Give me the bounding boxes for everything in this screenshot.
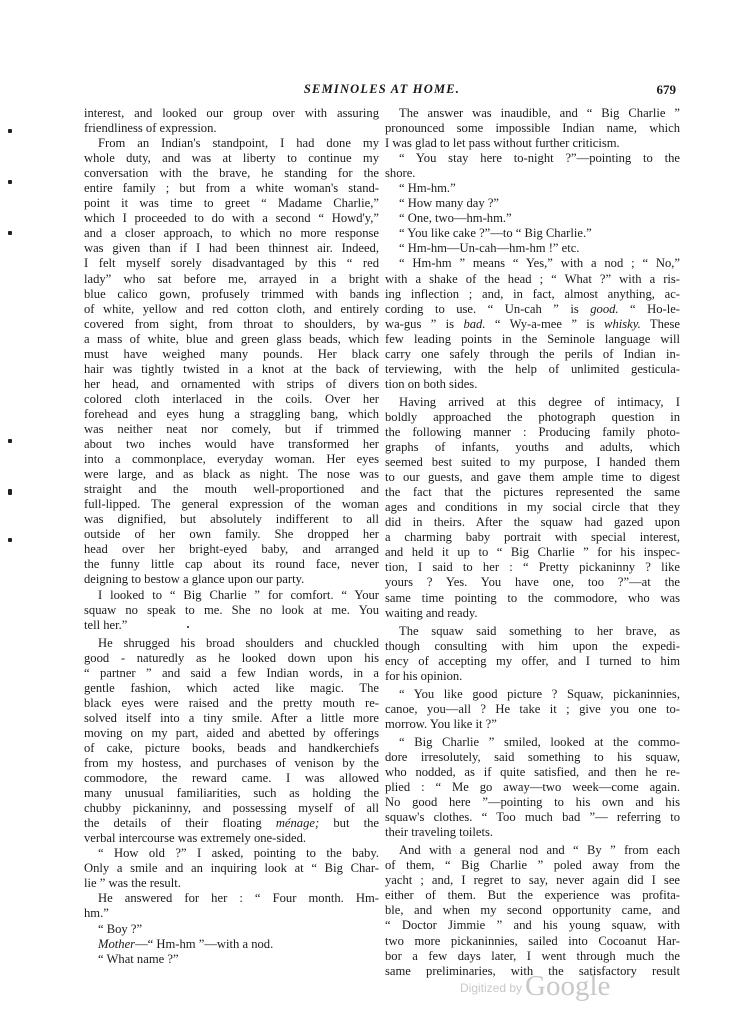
text-line: “ Boy ?” <box>84 922 379 937</box>
text-line: was given than if I had been thinnest ai… <box>84 241 379 256</box>
text-line: verbal intercourse was extremely one-sid… <box>84 831 379 846</box>
text-line: though consulting with him upon the expe… <box>385 639 680 654</box>
text-line: of cake, picture books, beads and handke… <box>84 741 379 756</box>
text-line: plied : “ Me go away—two week—come again… <box>385 780 680 795</box>
text-line: black eyes were raised and the pretty mo… <box>84 696 379 711</box>
text-line: who nodded, as if quite satisfied, and t… <box>385 765 680 780</box>
text-line: The squaw said something to her brave, a… <box>385 624 680 639</box>
text-line: lady” who sat before me, arrayed in a br… <box>84 272 379 287</box>
text-line: “ Hm-hm ” means “ Yes,” with a nod ; “ N… <box>385 256 680 271</box>
text-line: gentle fashion, which acted like magic. … <box>84 681 379 696</box>
text-line: to our guests, and gave them ample time … <box>385 470 680 485</box>
text-line: tion on both sides. <box>385 377 680 392</box>
text-line: ble, and when my second opportunity came… <box>385 903 680 918</box>
text-line: cording to use. “ Un-cah ” is good. “ Ho… <box>385 302 680 317</box>
text-line: “ How many day ?” <box>385 196 680 211</box>
text-line: chubby pickaninny, and possessing myself… <box>84 801 379 816</box>
text-line: Only a smile and an inquiring look at “ … <box>84 861 379 876</box>
text-line: two more pickaninnies, sailed into Cocoa… <box>385 934 680 949</box>
text-line: Mother—“ Hm-hm ”—with a nod. <box>84 937 379 952</box>
text-line: solved itself into a tiny smile. After a… <box>84 711 379 726</box>
text-line: pronounced some impossible Indian name, … <box>385 121 680 136</box>
text-line: tion, I said to her : “ Pretty pickaninn… <box>385 560 680 575</box>
text-line: whole duty, and was at liberty to contin… <box>84 151 379 166</box>
text-line: and held it up to “ Big Charlie ” for hi… <box>385 545 680 560</box>
text-line: I was glad to let pass without further c… <box>385 136 680 151</box>
text-line: of white, yellow and red cotton cloth, a… <box>84 302 379 317</box>
text-line: straight and the mouth well-proportioned… <box>84 482 379 497</box>
text-line: a charming baby portrait with special in… <box>385 530 680 545</box>
text-line: “ Hm-hm—Un-cah—hm-hm !” etc. <box>385 241 680 256</box>
margin-speck <box>8 439 12 443</box>
text-line: ency of accepting my offer, and I turned… <box>385 654 680 669</box>
text-line: their traveling toilets. <box>385 825 680 840</box>
watermark-prefix: Digitized by <box>460 981 522 995</box>
running-title: SEMINOLES AT HOME. <box>84 82 680 97</box>
text-line: “ What name ?” <box>84 952 379 967</box>
text-line: and a closer approach, to which no more … <box>84 226 379 241</box>
text-line: “ You like good picture ? Squaw, pickani… <box>385 687 680 702</box>
text-line: graphs of infants, youths and adults, wh… <box>385 440 680 455</box>
text-line: And with a general nod and “ By ” from e… <box>385 843 680 858</box>
text-line: “ Big Charlie ” smiled, looked at the co… <box>385 735 680 750</box>
margin-speck <box>8 180 12 184</box>
scanned-page: SEMINOLES AT HOME. 679 interest, and loo… <box>0 0 753 1024</box>
text-line: the following manner : Producing family … <box>385 425 680 440</box>
text-line: friendliness of expression. <box>84 121 379 136</box>
text-line: yacht ; and, I regret to say, never agai… <box>385 873 680 888</box>
text-line: did in theirs. After the squaw had gazed… <box>385 515 680 530</box>
text-line: canoe, you—all ? He take it ; give you o… <box>385 702 680 717</box>
text-line: the funny little cap about its round fac… <box>84 557 379 572</box>
text-line: He shrugged his broad shoulders and chuc… <box>84 636 379 651</box>
text-line: “ One, two—hm-hm.” <box>385 211 680 226</box>
text-line: wa-gus ” is bad. “ Wy-a-mee ” is whisky.… <box>385 317 680 332</box>
digitized-by-google-watermark: Digitized byGoogle <box>460 970 610 1003</box>
text-line: about two inches would have transformed … <box>84 437 379 452</box>
text-line: must have weighed many pounds. Her black <box>84 347 379 362</box>
text-line: many unusual familiarities, such as hold… <box>84 786 379 801</box>
text-line: good - naturedly as he looked down upon … <box>84 651 379 666</box>
text-line: her head, and ornamented with strips of … <box>84 377 379 392</box>
text-line: moving on my part, aided and abetted by … <box>84 726 379 741</box>
text-line: of them, “ Big Charlie ” poled away from… <box>385 858 680 873</box>
margin-speck <box>8 489 12 495</box>
text-line: colored cloth interlaced in the coils. O… <box>84 392 379 407</box>
google-logo-text: Google <box>525 970 610 1002</box>
text-line: entire family ; but from a white woman's… <box>84 181 379 196</box>
text-line: He answered for her : “ Four month. Hm- <box>84 891 379 906</box>
text-line: which I proceeded to do with a second “ … <box>84 211 379 226</box>
text-line: the details of their floating ménage; bu… <box>84 816 379 831</box>
text-line: outside of her own family. She dropped h… <box>84 527 379 542</box>
text-line: yours ? Yes. You have one, too ?”—at the <box>385 575 680 590</box>
text-line: “ partner ” and said a few Indian words,… <box>84 666 379 681</box>
text-line: conversation with the brave, he standing… <box>84 166 379 181</box>
text-line: tell her.” <box>84 618 379 633</box>
text-line: The answer was inaudible, and “ Big Char… <box>385 106 680 121</box>
text-line: terviewing, with the help of unlimited g… <box>385 362 680 377</box>
text-line: “ You stay here to-night ?”—pointing to … <box>385 151 680 166</box>
text-line: full-lipped. The general expression of t… <box>84 497 379 512</box>
text-line: I looked to “ Big Charlie ” for comfort.… <box>84 588 379 603</box>
text-line: “ Doctor Jimmie ” and his young squaw, w… <box>385 918 680 933</box>
text-line: interest, and looked our group over with… <box>84 106 379 121</box>
text-line: for his opinion. <box>385 669 680 684</box>
text-line: lie ” was the result. <box>84 876 379 891</box>
text-line: hair was tightly twisted in a knot at th… <box>84 362 379 377</box>
text-line: squaw's clothes. “ Too much bad ”— refer… <box>385 810 680 825</box>
text-line: squaw no speak to me. She no look at me.… <box>84 603 379 618</box>
text-line: “ Hm-hm.” <box>385 181 680 196</box>
ink-speck <box>187 626 189 628</box>
text-line: dore irresolutely, said something to his… <box>385 750 680 765</box>
right-column: The answer was inaudible, and “ Big Char… <box>385 106 680 979</box>
text-line: head over her bright-eyed baby, and arra… <box>84 542 379 557</box>
text-line: carry one safely through the perils of I… <box>385 347 680 362</box>
text-line: Having arrived at this degree of intimac… <box>385 395 680 410</box>
text-line: were large, and as black as night. The n… <box>84 467 379 482</box>
text-line: was neither neat nor comely, but if trim… <box>84 422 379 437</box>
text-line: bor a few days later, I went through muc… <box>385 949 680 964</box>
text-line: ing inflection ; and, in fact, almost an… <box>385 287 680 302</box>
text-line: same time pointing to the commodore, who… <box>385 591 680 606</box>
text-line: the fact that the pictures represented t… <box>385 485 680 500</box>
text-line: with a shake of the head ; “ What ?” wit… <box>385 272 680 287</box>
margin-speck <box>8 129 12 133</box>
text-line: hm.” <box>84 906 379 921</box>
text-line: shore. <box>385 166 680 181</box>
text-line: covered from sight, from throat to shoul… <box>84 317 379 332</box>
text-line: From an Indian's standpoint, I had done … <box>84 136 379 151</box>
text-line: No good here ”—pointing to his own and h… <box>385 795 680 810</box>
text-line: I felt myself sorely disadvantaged by th… <box>84 256 379 271</box>
text-line: commodore, the reward came. I was allowe… <box>84 771 379 786</box>
text-line: from my hostess, and purchases of veniso… <box>84 756 379 771</box>
text-line: few leading points in the Seminole langu… <box>385 332 680 347</box>
text-line: forehead and eyes hung a straggling bang… <box>84 407 379 422</box>
text-line: “ You like cake ?”—to “ Big Charlie.” <box>385 226 680 241</box>
text-line: ages and conditions in my social circle … <box>385 500 680 515</box>
text-line: blue calico gown, profusely trimmed with… <box>84 287 379 302</box>
margin-speck <box>8 231 12 235</box>
text-line: boldly approached the photograph questio… <box>385 410 680 425</box>
text-line: was dignified, but absolutely indifferen… <box>84 512 379 527</box>
text-line: seemed best suited to my purpose, I hand… <box>385 455 680 470</box>
text-line: into a commonplace, everyday woman. Her … <box>84 452 379 467</box>
text-line: either of them. But the experience was p… <box>385 888 680 903</box>
text-line: morrow. You like it ?” <box>385 717 680 732</box>
text-line: waiting and ready. <box>385 606 680 621</box>
text-line: a mass of white, blue and green glass be… <box>84 332 379 347</box>
margin-speck <box>8 538 12 542</box>
left-column: interest, and looked our group over with… <box>84 106 379 967</box>
text-line: deigning to bestow a glance upon our par… <box>84 572 379 587</box>
page-number: 679 <box>657 82 677 98</box>
running-head: SEMINOLES AT HOME. 679 <box>84 82 680 98</box>
text-line: point it was time to greet “ Madame Char… <box>84 196 379 211</box>
text-line: “ How old ?” I asked, pointing to the ba… <box>84 846 379 861</box>
